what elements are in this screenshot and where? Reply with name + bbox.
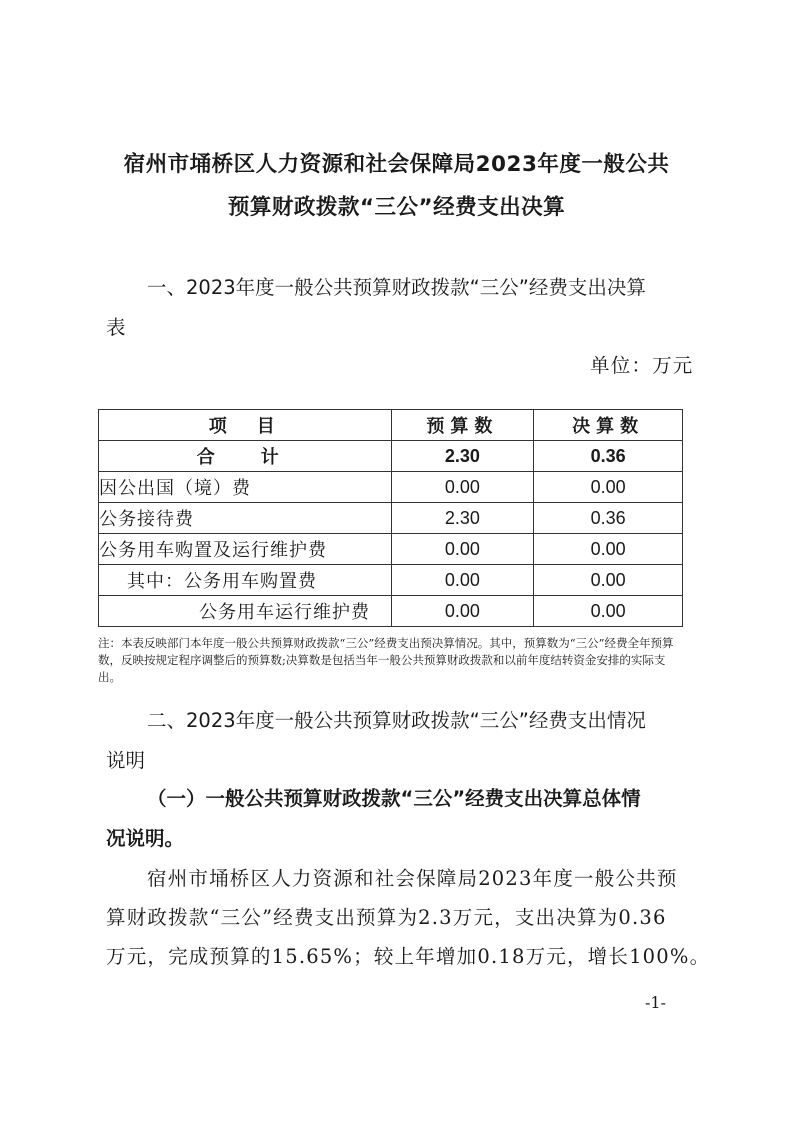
- paragraph-line2: 算财政拨款“三公”经费支出预算为2.3万元，支出决算为0.36: [106, 902, 667, 930]
- row-budget: 2.30: [391, 441, 534, 472]
- row-label: 公务接待费: [99, 503, 392, 534]
- table-row-total: 合 计 2.30 0.36: [99, 441, 683, 472]
- row-label: 合 计: [99, 441, 392, 472]
- page-number: -1-: [645, 993, 666, 1012]
- document-title-line1: 宿州市埇桥区人力资源和社会保障局2023年度一般公共: [0, 147, 793, 178]
- subsection1-heading-line2: 况说明。: [106, 823, 184, 851]
- row-label: 其中：公务用车购置费: [99, 565, 392, 596]
- table-row: 公务接待费 2.30 0.36: [99, 503, 683, 534]
- row-budget: 0.00: [391, 534, 534, 565]
- paragraph-line1: 宿州市埇桥区人力资源和社会保障局2023年度一般公共预: [147, 863, 678, 891]
- row-budget: 0.00: [391, 472, 534, 503]
- row-label: 公务用车购置及运行维护费: [99, 534, 392, 565]
- table-row: 因公出国（境）费 0.00 0.00: [99, 472, 683, 503]
- subsection1-heading-line1: （一）一般公共预算财政拨款“三公”经费支出决算总体情: [147, 783, 641, 811]
- section1-heading-line1: 一、2023年度一般公共预算财政拨款“三公”经费支出决算: [147, 272, 646, 300]
- table-note: 注：本表反映部门本年度一般公共预算财政拨款“三公”经费支出预决算情况。其中，预算…: [98, 635, 688, 686]
- row-final: 0.36: [534, 503, 683, 534]
- row-budget: 0.00: [391, 596, 534, 627]
- section2-heading-line2: 说明: [106, 745, 145, 773]
- row-final: 0.36: [534, 441, 683, 472]
- table-header-row: 项 目 预算数 决算数: [99, 410, 683, 441]
- row-final: 0.00: [534, 565, 683, 596]
- row-label: 因公出国（境）费: [99, 472, 392, 503]
- row-final: 0.00: [534, 472, 683, 503]
- header-item: 项 目: [99, 410, 392, 441]
- row-final: 0.00: [534, 596, 683, 627]
- section2-heading-line1: 二、2023年度一般公共预算财政拨款“三公”经费支出情况: [147, 705, 646, 733]
- document-title-line2: 预算财政拨款“三公”经费支出决算: [0, 190, 793, 221]
- row-label: 公务用车运行维护费: [99, 596, 392, 627]
- row-budget: 2.30: [391, 503, 534, 534]
- header-final: 决算数: [534, 410, 683, 441]
- section1-heading-line2: 表: [106, 312, 126, 340]
- table-row: 公务用车运行维护费 0.00 0.00: [99, 596, 683, 627]
- row-budget: 0.00: [391, 565, 534, 596]
- row-final: 0.00: [534, 534, 683, 565]
- unit-label: 单位：万元: [590, 350, 694, 378]
- three-public-expenses-table: 项 目 预算数 决算数 合 计 2.30 0.36 因公出国（境）费 0.00 …: [98, 409, 683, 627]
- header-budget: 预算数: [391, 410, 534, 441]
- paragraph-line3: 万元，完成预算的15.65%；较上年增加0.18万元，增长100%。: [106, 941, 710, 969]
- table-row: 公务用车购置及运行维护费 0.00 0.00: [99, 534, 683, 565]
- table-row: 其中：公务用车购置费 0.00 0.00: [99, 565, 683, 596]
